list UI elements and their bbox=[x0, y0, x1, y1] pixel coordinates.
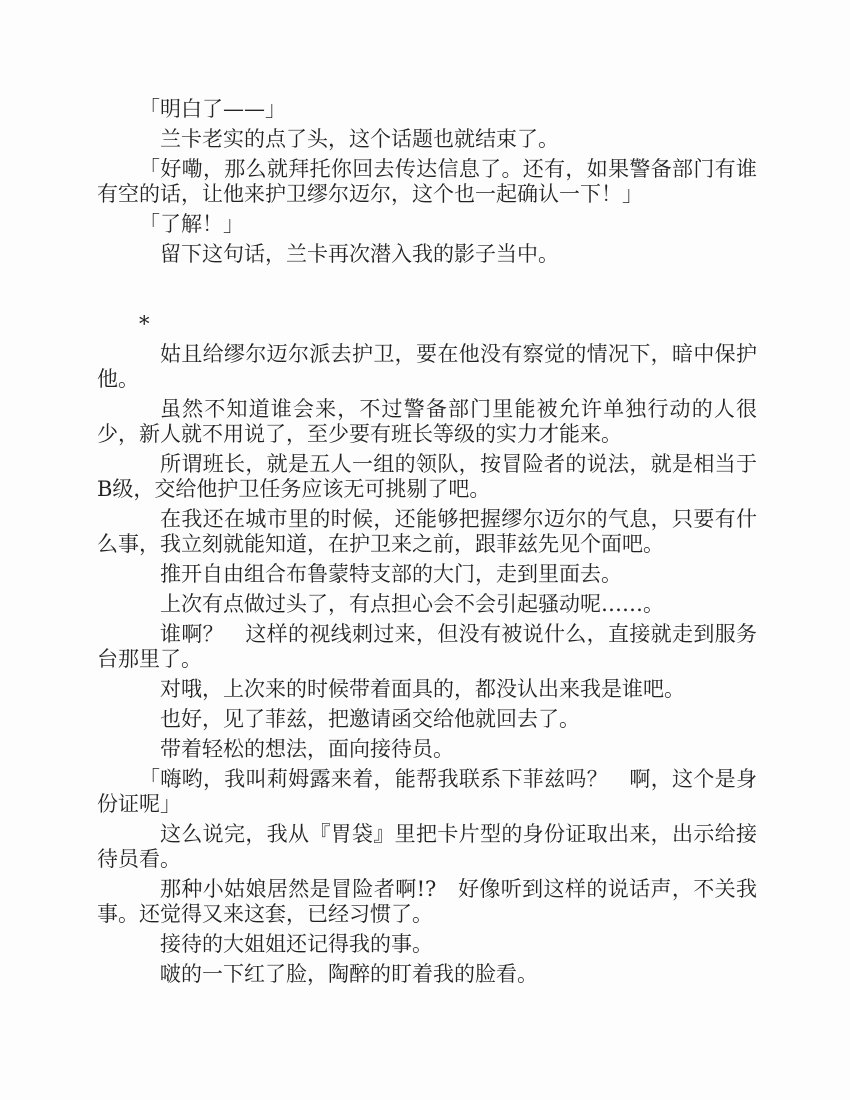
paragraph: 啵的一下红了脸，陶醉的盯着我的脸看。 bbox=[97, 962, 757, 987]
paragraph: 姑且给缪尔迈尔派去护卫，要在他没有察觉的情况下，暗中保护他。 bbox=[97, 342, 757, 392]
paragraph: 所谓班长，就是五人一组的领队，按冒险者的说法，就是相当于B级，交给他护卫任务应该… bbox=[97, 452, 757, 502]
paragraph: 虽然不知道谁会来，不过警备部门里能被允许单独行动的人很少，新人就不用说了，至少要… bbox=[97, 397, 757, 447]
paragraph: 上次有点做过头了，有点担心会不会引起骚动呢……。 bbox=[97, 592, 757, 617]
paragraph: 「嗨哟，我叫莉姆露来着，能帮我联系下菲兹吗？ 啊，这个是身份证呢」 bbox=[97, 767, 757, 817]
paragraph: 兰卡老实的点了头，这个话题也就结束了。 bbox=[97, 127, 757, 152]
paragraph: 带着轻松的想法，面向接待员。 bbox=[97, 737, 757, 762]
novel-text: 「明白了——」兰卡老实的点了头，这个话题也就结束了。「好嘞，那么就拜托你回去传达… bbox=[97, 97, 757, 987]
paragraph: 那种小姑娘居然是冒险者啊!? 好像听到这样的说话声，不关我事。还觉得又来这套，已… bbox=[97, 877, 757, 927]
paragraph: 在我还在城市里的时候，还能够把握缪尔迈尔的气息，只要有什么事，我立刻就能知道，在… bbox=[97, 507, 757, 557]
paragraph: 「了解！」 bbox=[97, 212, 757, 237]
document-page: 「明白了——」兰卡老实的点了头，这个话题也就结束了。「好嘞，那么就拜托你回去传达… bbox=[0, 0, 850, 1100]
paragraph: 留下这句话，兰卡再次潜入我的影子当中。 bbox=[97, 242, 757, 267]
paragraph: 接待的大姐姐还记得我的事。 bbox=[97, 932, 757, 957]
paragraph: 谁啊？ 这样的视线刺过来，但没有被说什么，直接就走到服务台那里了。 bbox=[97, 622, 757, 672]
paragraph: 对哦，上次来的时候带着面具的，都没认出来我是谁吧。 bbox=[97, 677, 757, 702]
paragraph: 推开自由组合布鲁蒙特支部的大门，走到里面去。 bbox=[97, 562, 757, 587]
paragraph: 也好，见了菲兹，把邀请函交给他就回去了。 bbox=[97, 707, 757, 732]
paragraph: 这么说完，我从『胃袋』里把卡片型的身份证取出来，出示给接待员看。 bbox=[97, 822, 757, 872]
paragraph: 「好嘞，那么就拜托你回去传达信息了。还有，如果警备部门有谁有空的话，让他来护卫缪… bbox=[97, 157, 757, 207]
section-separator: * bbox=[97, 312, 757, 337]
paragraph: 「明白了——」 bbox=[97, 97, 757, 122]
